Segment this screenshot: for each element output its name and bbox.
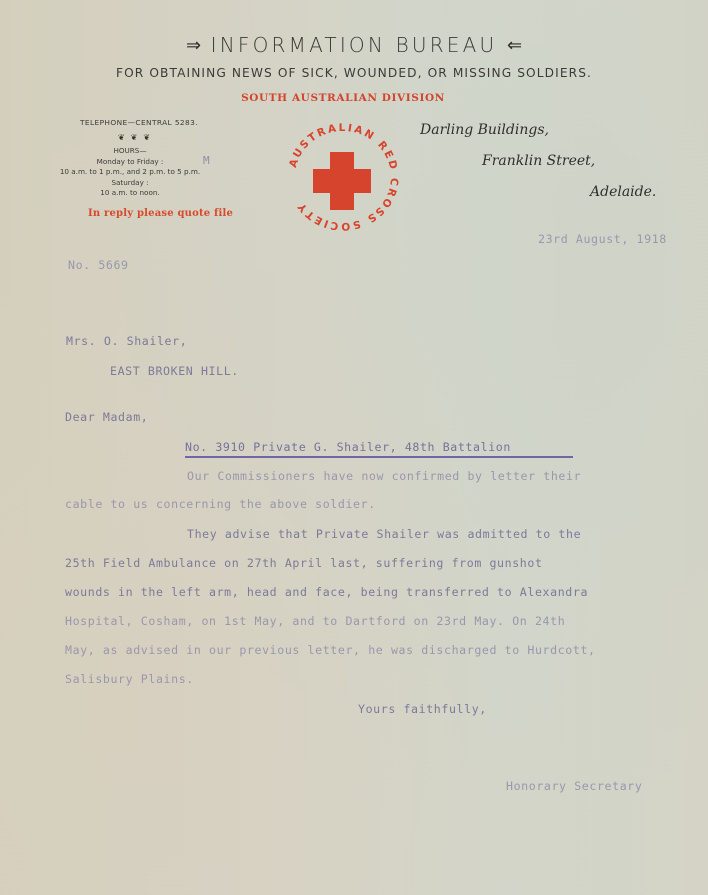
body-line: Salisbury Plains. bbox=[65, 672, 194, 686]
hours-saturday-label: Saturday : bbox=[30, 178, 230, 189]
letter-page: ⇒ INFORMATION BUREAU ⇐ FOR OBTAINING NEW… bbox=[0, 0, 708, 895]
letterhead-title: ⇒ INFORMATION BUREAU ⇐ bbox=[0, 33, 708, 57]
contact-hours-block: TELEPHONE—CENTRAL 5283. ❦❦❦ HOURS— Monda… bbox=[30, 118, 230, 199]
division-label: SOUTH AUSTRALIAN DIVISION bbox=[0, 92, 686, 104]
body-line: Our Commissioners have now confirmed by … bbox=[187, 469, 581, 483]
body-line: They advise that Private Shailer was adm… bbox=[187, 527, 581, 541]
recipient-name: Mrs. O. Shailer, bbox=[66, 334, 187, 348]
hours-weekday-label: Monday to Friday : bbox=[30, 157, 230, 168]
hours-heading: HOURS— bbox=[30, 146, 230, 157]
hours-saturday: 10 a.m. to noon. bbox=[30, 188, 230, 199]
letterhead-subtitle: FOR OBTAINING NEWS OF SICK, WOUNDED, OR … bbox=[0, 66, 708, 80]
body-line: May, as advised in our previous letter, … bbox=[65, 643, 596, 657]
body-line: wounds in the left arm, head and face, b… bbox=[65, 585, 588, 599]
salutation: Dear Madam, bbox=[65, 410, 148, 424]
reply-note: In reply please quote file bbox=[88, 208, 233, 219]
signoff: Yours faithfully, bbox=[358, 702, 487, 716]
body-line: Hospital, Cosham, on 1st May, and to Dar… bbox=[65, 614, 565, 628]
recipient-town: EAST BROKEN HILL. bbox=[110, 364, 239, 378]
address-line-3: Adelaide. bbox=[590, 184, 656, 200]
signature-title: Honorary Secretary bbox=[506, 779, 642, 793]
red-cross-logo: AUSTRALIAN RED CROSS SOCIETY bbox=[278, 120, 408, 235]
arrow-right-ornament-icon: ⇒ bbox=[186, 35, 201, 56]
leaf-ornament-icon: ❦❦❦ bbox=[44, 133, 230, 142]
body-line: cable to us concerning the above soldier… bbox=[65, 497, 376, 511]
file-number: No. 5669 bbox=[68, 258, 129, 272]
hours-weekday: 10 a.m. to 1 p.m., and 2 p.m. to 5 p.m. bbox=[30, 167, 230, 178]
body-line: 25th Field Ambulance on 27th April last,… bbox=[65, 556, 543, 570]
arrow-left-ornament-icon: ⇐ bbox=[507, 35, 522, 56]
letter-date: 23rd August, 1918 bbox=[538, 232, 667, 246]
address-line-1: Darling Buildings, bbox=[420, 122, 549, 138]
subject-underline bbox=[185, 456, 573, 458]
bureau-title-text: INFORMATION BUREAU bbox=[211, 33, 498, 57]
red-cross-icon: AUSTRALIAN RED CROSS SOCIETY bbox=[278, 120, 408, 235]
subject-line: No. 3910 Private G. Shailer, 48th Battal… bbox=[185, 440, 511, 454]
telephone-number: TELEPHONE—CENTRAL 5283. bbox=[48, 118, 230, 127]
stamp-mark: M bbox=[203, 154, 210, 167]
address-line-2: Franklin Street, bbox=[482, 153, 595, 169]
